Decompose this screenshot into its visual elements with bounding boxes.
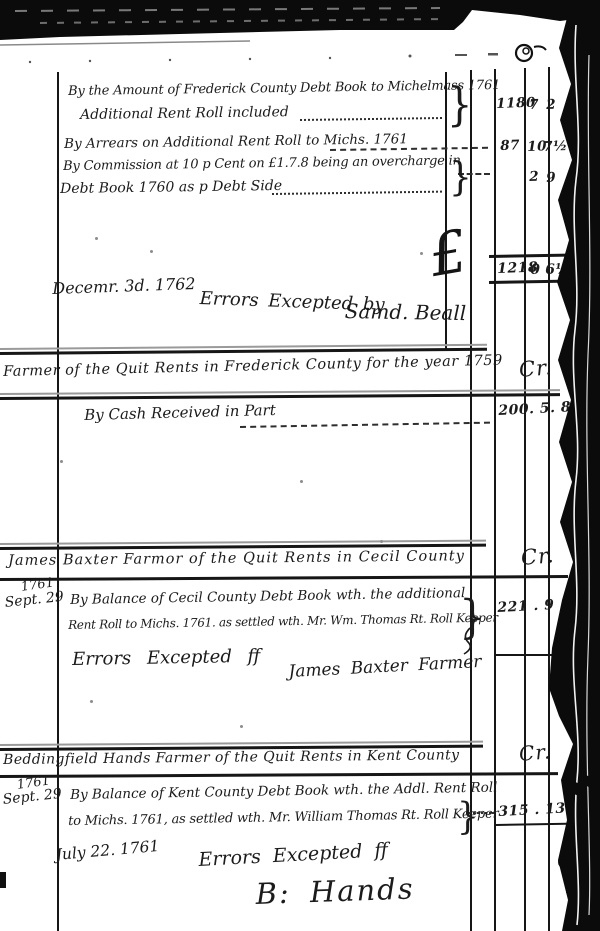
dotted-leader [272,191,442,195]
shillings-value: 2 [529,169,539,185]
section4-bottom-rule [0,772,558,777]
total-pence-value: 6½ [545,261,571,278]
section-header: Beddingfield Hands Farmer of the Quit Re… [3,747,460,768]
credit-mark: Cr. [518,739,552,766]
speckle [420,252,423,255]
pence-value: 2 [546,97,556,113]
entry-line: Additional Rent Roll included [80,104,289,123]
amount-value: 221 . 9 . 1½ [497,595,596,616]
attestation-text: Errors Excepted ff [198,839,388,871]
credit-mark: Cr. [520,543,555,570]
dashed-leader [240,422,490,428]
entry-line: to Michs. 1761, as settled wth. Mr. Will… [68,806,499,829]
pound-sign-flourish: £ [425,222,471,286]
speckle [380,540,383,543]
section-header: James Baxter Farmor of the Quit Rents in… [8,548,465,569]
amount-value: 200. 5. 8 [498,399,571,419]
shillings-value: 7 [529,97,539,113]
entry-brace: } [449,158,472,198]
signature: Samd. Beall [345,299,467,325]
amount-value: 315 . 13 . ½ [498,799,597,820]
money-column-rule-2 [494,69,496,931]
dotted-leader [300,117,442,121]
pounds-value: 87 [500,137,520,154]
signature: B: Hands [255,871,415,911]
section-header: Farmer of the Quit Rents in Frederick Co… [3,353,503,380]
pence-value: 9 [546,170,556,186]
speckle [90,700,93,703]
total-box-top-rule [489,254,574,258]
speckle [60,460,63,463]
section3-money-subrule [494,654,570,656]
speckle [300,480,303,483]
entry-day: Sept. 29 [2,786,63,808]
entry-line: By Commission at 10 p Cent on £1.7.8 bei… [63,153,461,174]
entry-brace: } [447,82,472,128]
speckle [150,250,153,253]
entry-line: Rent Roll to Michs. 1761. as settled wth… [68,611,498,632]
entry-line: Debt Book 1760 as p Debt Side [60,178,282,197]
top-edge-artifact [0,0,600,40]
attestation-text: Errors Excepted ff [72,646,261,670]
entry-date: July 22. 1761 [55,837,160,864]
entry-brace: } [457,798,479,835]
pence-value: 7½ [543,138,568,155]
section4-money-subrule [496,823,574,826]
speckle [95,237,98,240]
credit-mark: Cr. [518,355,553,382]
entry-brace: } [459,594,486,640]
section2-bottom-rule [0,393,560,399]
total-box-bottom-rule [489,280,574,284]
total-shillings-value: 0 [530,262,541,278]
entry-line: By Balance of Kent County Debt Book wth.… [70,780,498,803]
top-rule [0,0,557,2]
entry-line: By Balance of Cecil County Debt Book wth… [70,585,465,608]
signature: James Baxter Farmer [288,652,482,682]
entry-date: Decemr. 3d. 1762 [52,274,196,298]
entry-line: By the Amount of Frederick County Debt B… [68,78,500,99]
speckle [240,725,243,728]
scanned-ledger-page: By the Amount of Frederick County Debt B… [0,0,600,931]
section3-bottom-rule [0,575,568,580]
entry-line: By Cash Received in Part [84,401,276,424]
entry-day: Sept. 29 [4,589,65,611]
